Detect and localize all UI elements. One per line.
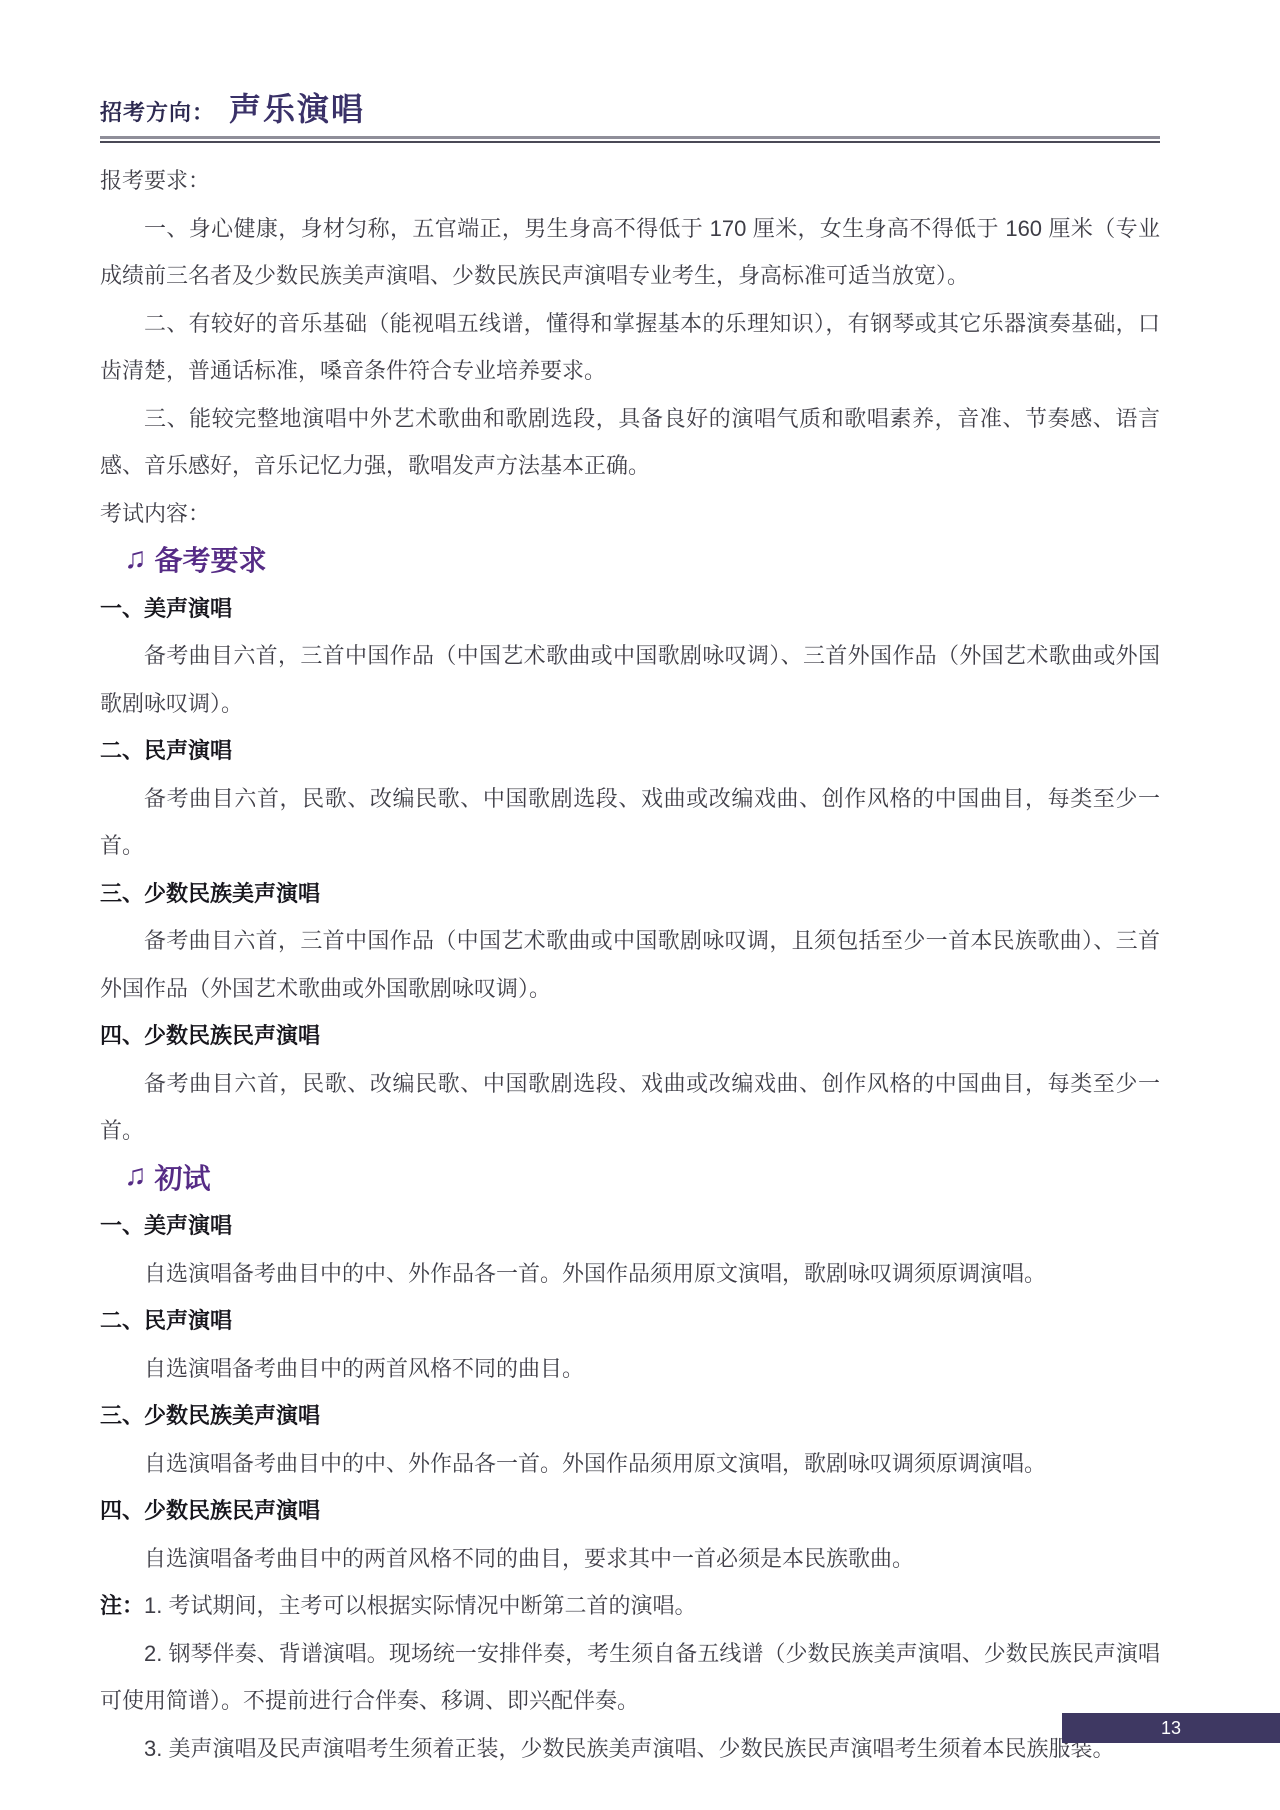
item-heading: 二、民声演唱 <box>100 1297 1160 1345</box>
requirements-label: 报考要求： <box>100 157 1160 205</box>
note-item: 2. 钢琴伴奏、背谱演唱。现场统一安排伴奏，考生须自备五线谱（少数民族美声演唱、… <box>100 1630 1160 1725</box>
item-heading: 一、美声演唱 <box>100 585 1160 633</box>
item-heading: 四、少数民族民声演唱 <box>100 1487 1160 1535</box>
item-body: 备考曲目六首，民歌、改编民歌、中国歌剧选段、戏曲或改编戏曲、创作风格的中国曲目，… <box>100 775 1160 870</box>
doc-title-label: 招考方向： <box>100 96 215 127</box>
document-content: 招考方向： 声乐演唱 报考要求： 一、身心健康，身材匀称，五官端正，男生身高不得… <box>100 84 1160 1772</box>
requirement-paragraph: 一、身心健康，身材匀称，五官端正，男生身高不得低于 170 厘米，女生身高不得低… <box>100 205 1160 300</box>
title-rule <box>100 136 1160 143</box>
document-page: 招考方向： 声乐演唱 报考要求： 一、身心健康，身材匀称，五官端正，男生身高不得… <box>0 0 1280 1810</box>
note-item: 3. 美声演唱及民声演唱考生须着正装，少数民族美声演唱、少数民族民声演唱考生须着… <box>100 1725 1160 1773</box>
item-heading: 二、民声演唱 <box>100 727 1160 775</box>
doc-title-row: 招考方向： 声乐演唱 <box>100 84 1160 130</box>
item-heading: 三、少数民族美声演唱 <box>100 870 1160 918</box>
section-heading-preparation: ♫ 备考要求 <box>100 537 1160 585</box>
exam-content-label: 考试内容： <box>100 490 1160 538</box>
item-body: 自选演唱备考曲目中的两首风格不同的曲目。 <box>100 1345 1160 1393</box>
item-body: 备考曲目六首，三首中国作品（中国艺术歌曲或中国歌剧咏叹调，且须包括至少一首本民族… <box>100 917 1160 1012</box>
item-heading: 三、少数民族美声演唱 <box>100 1392 1160 1440</box>
item-heading: 一、美声演唱 <box>100 1202 1160 1250</box>
note-text: 1. 考试期间，主考可以根据实际情况中断第二首的演唱。 <box>144 1593 696 1618</box>
notes-label: 注： <box>100 1593 144 1618</box>
section-title: 初试 <box>155 1155 211 1203</box>
doc-title: 声乐演唱 <box>229 84 365 130</box>
document-body: 报考要求： 一、身心健康，身材匀称，五官端正，男生身高不得低于 170 厘米，女… <box>100 157 1160 1772</box>
note-item: 注：1. 考试期间，主考可以根据实际情况中断第二首的演唱。 <box>100 1582 1160 1630</box>
page-number-badge: 13 <box>1062 1713 1280 1743</box>
section-heading-first-round: ♫ 初试 <box>100 1155 1160 1203</box>
section-title: 备考要求 <box>155 537 267 585</box>
music-note-icon: ♫ <box>124 1161 147 1191</box>
requirement-paragraph: 三、能较完整地演唱中外艺术歌曲和歌剧选段，具备良好的演唱气质和歌唱素养，音准、节… <box>100 395 1160 490</box>
item-heading: 四、少数民族民声演唱 <box>100 1012 1160 1060</box>
item-body: 自选演唱备考曲目中的中、外作品各一首。外国作品须用原文演唱，歌剧咏叹调须原调演唱… <box>100 1440 1160 1488</box>
item-body: 自选演唱备考曲目中的中、外作品各一首。外国作品须用原文演唱，歌剧咏叹调须原调演唱… <box>100 1250 1160 1298</box>
item-body: 备考曲目六首，三首中国作品（中国艺术歌曲或中国歌剧咏叹调）、三首外国作品（外国艺… <box>100 632 1160 727</box>
music-note-icon: ♫ <box>124 544 147 574</box>
item-body: 自选演唱备考曲目中的两首风格不同的曲目，要求其中一首必须是本民族歌曲。 <box>100 1535 1160 1583</box>
item-body: 备考曲目六首，民歌、改编民歌、中国歌剧选段、戏曲或改编戏曲、创作风格的中国曲目，… <box>100 1060 1160 1155</box>
requirement-paragraph: 二、有较好的音乐基础（能视唱五线谱，懂得和掌握基本的乐理知识），有钢琴或其它乐器… <box>100 300 1160 395</box>
